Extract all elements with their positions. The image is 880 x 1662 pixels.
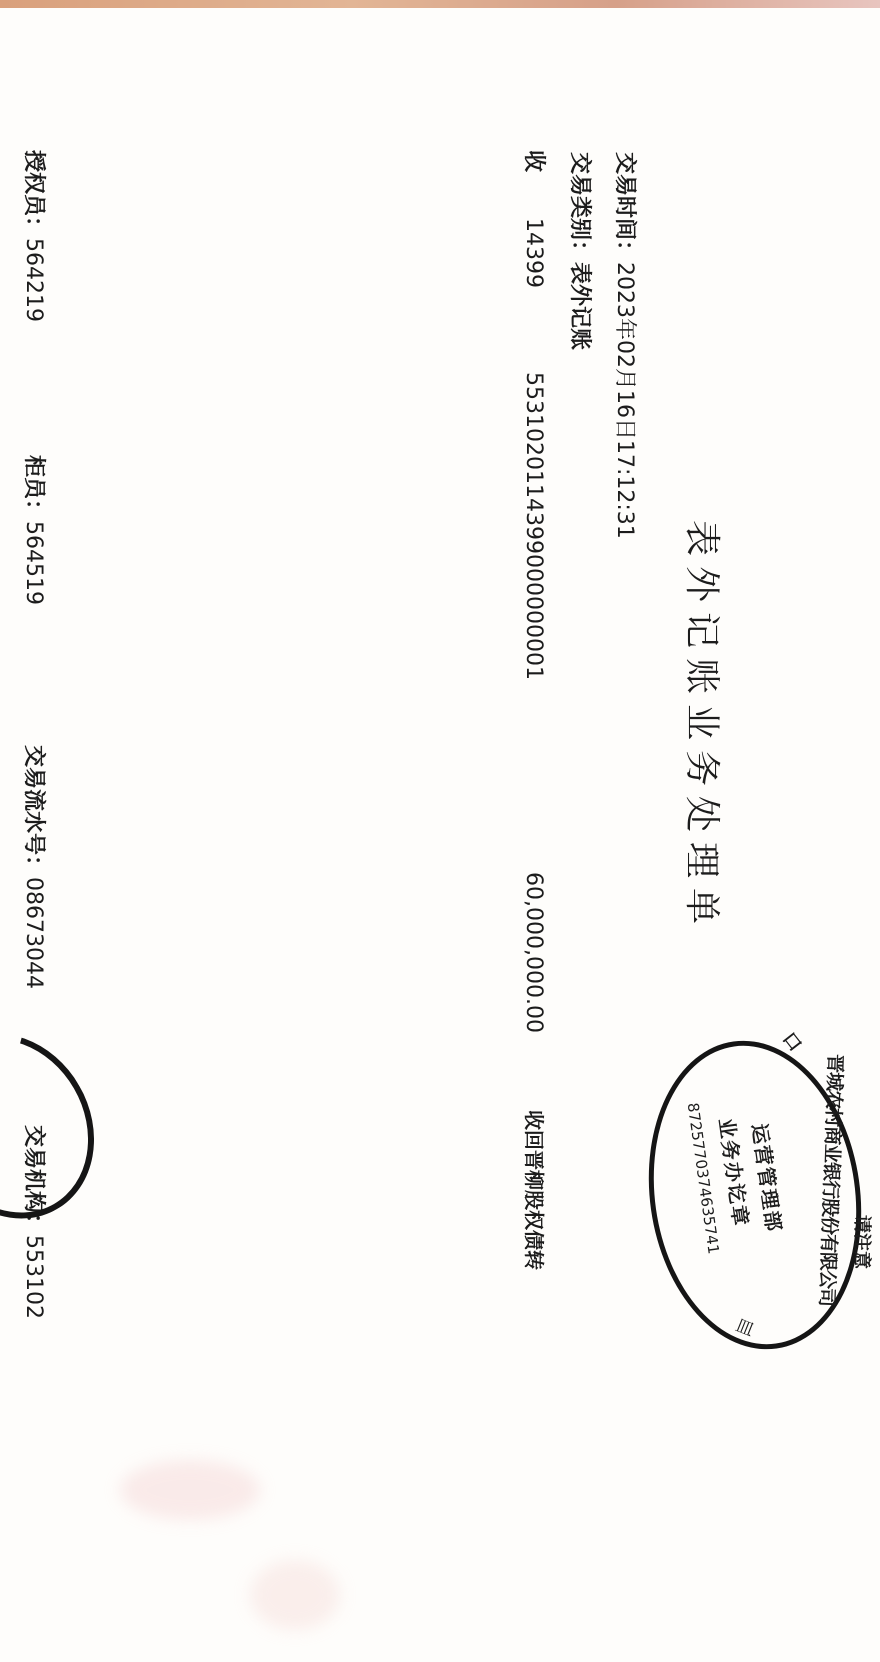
document-title: 表外记账业务处理单 [679,520,730,934]
transaction-type-value: 表外记账 [567,262,592,350]
teller-label: 柜员： [21,455,46,521]
official-seal: 晋城农村商业银行股份有限公司 口 皿 运营管理部 业务办讫章 872577037… [629,1027,880,1363]
entry-memo: 收回晋柳股权债转 [524,1110,544,1270]
transaction-type-label: 交易类别： [567,152,592,262]
authorizer-label: 授权员： [21,150,46,238]
branch-value: 553102 [21,1235,46,1319]
transaction-type: 交易类别：表外记账 [568,152,590,350]
entry-account-number: 5531020114399000000001 [522,372,544,680]
teller: 柜员：564519 [22,455,44,605]
authorizer-value: 564219 [21,238,46,322]
seal-ring-left: 口 [777,1026,809,1056]
serial-label: 交易流水号： [21,745,46,877]
receipt: 表外记账业务处理单 交易时间：2023年02月16日17:12:31 交易类别：… [0,0,880,1662]
teller-value: 564519 [21,521,46,605]
entry-direction: 收 [522,150,544,172]
partial-seal [0,1002,127,1249]
entry-amount: 60,000,000.00 [522,872,544,1033]
transaction-time-value: 2023年02月16日17:12:31 [612,262,637,539]
entry-account-code: 14399 [522,218,544,288]
edge-note: 请注意 [850,1215,876,1269]
serial-number: 交易流水号：08673044 [22,745,44,989]
transaction-time: 交易时间：2023年02月16日17:12:31 [613,152,635,539]
seal-ring-text: 晋城农村商业银行股份有限公司 [814,1054,850,1307]
serial-value: 08673044 [21,877,46,989]
seal-ring-right: 皿 [732,1311,758,1342]
authorizer: 授权员：564219 [22,150,44,322]
transaction-time-label: 交易时间： [612,152,637,262]
